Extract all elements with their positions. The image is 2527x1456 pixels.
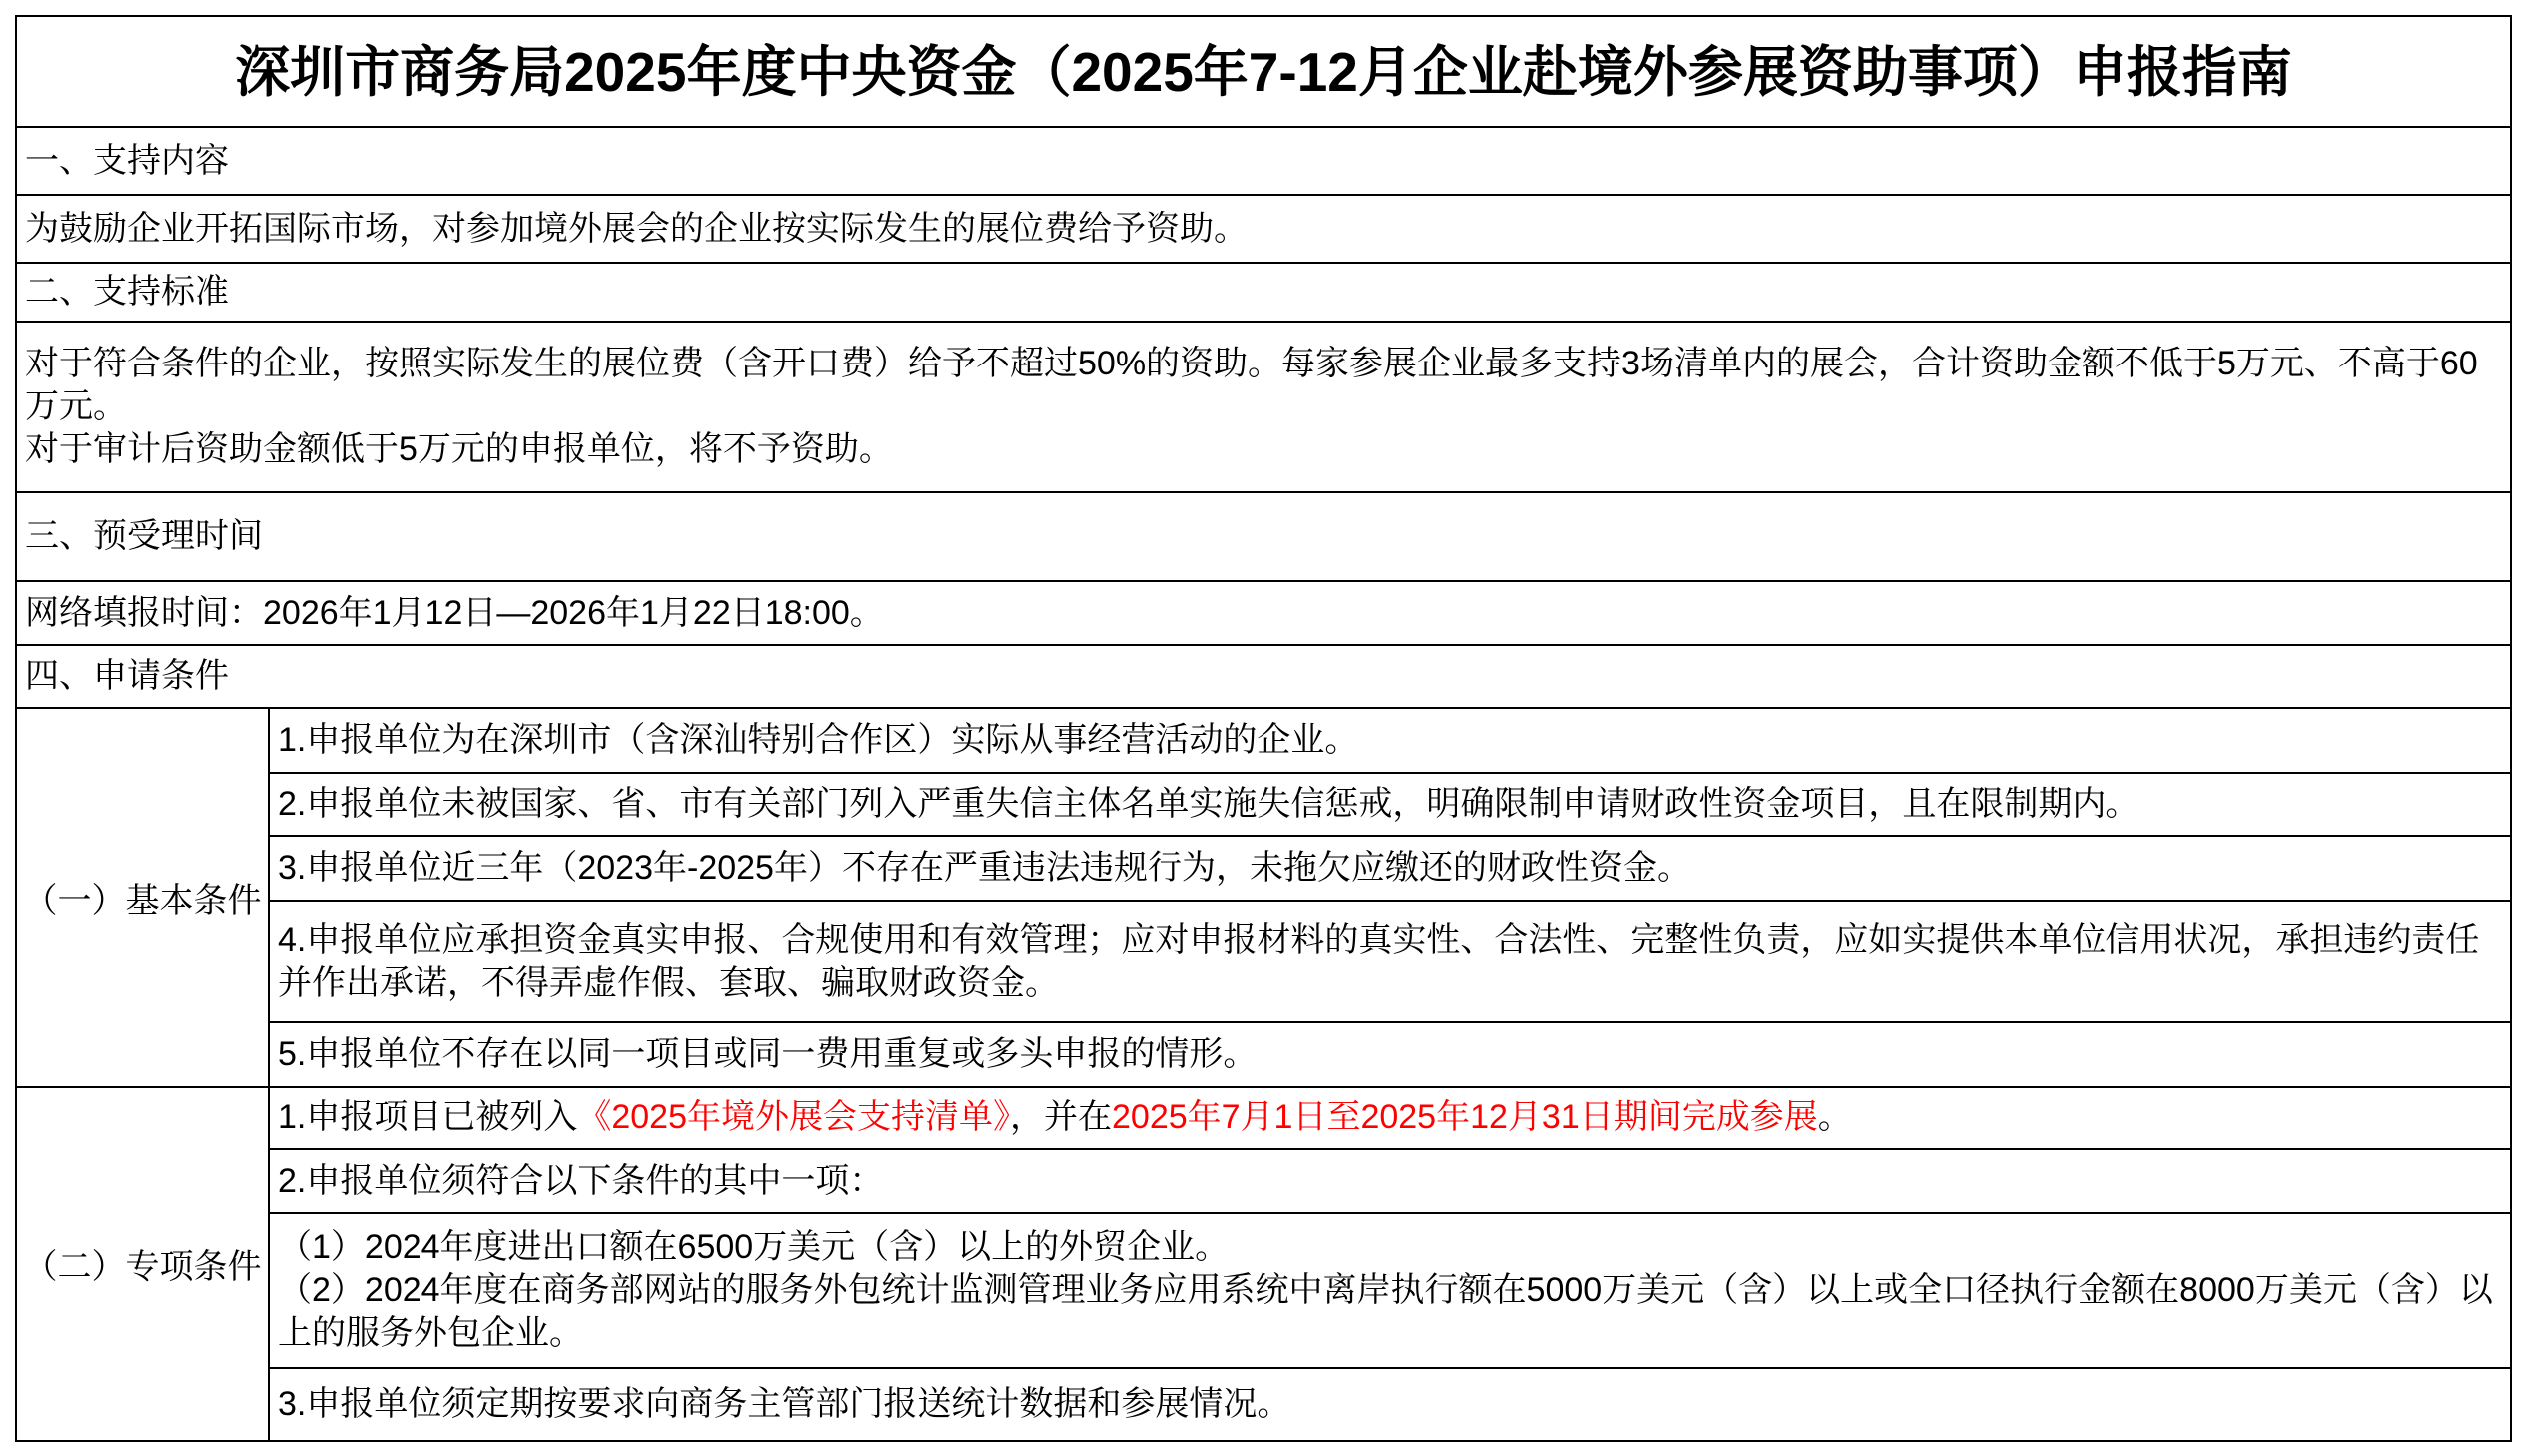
section-heading-pre-acceptance: 三、预受理时间 bbox=[17, 493, 2510, 582]
section-heading: 三、预受理时间 bbox=[25, 515, 263, 558]
highlighted-list-name: 《2025年境外展会支持清单》 bbox=[577, 1098, 1010, 1136]
support-content-text: 为鼓励企业开拓国际市场，对参加境外展会的企业按实际发生的展位费给予资助。 bbox=[25, 208, 1248, 251]
condition-text: 1.申报单位为在深圳市（含深汕特别合作区）实际从事经营活动的企业。 bbox=[278, 719, 1358, 762]
basic-condition-item: 5.申报单位不存在以同一项目或同一费用重复或多头申报的情形。 bbox=[270, 1023, 2510, 1086]
page-title-row: 深圳市商务局2025年度中央资金（2025年7-12月企业赴境外参展资助事项）申… bbox=[17, 17, 2510, 128]
condition-text: 3.申报单位须定期按要求向商务主管部门报送统计数据和参展情况。 bbox=[278, 1383, 1290, 1426]
section-heading: 四、申请条件 bbox=[25, 655, 229, 698]
support-standard-line: 对于符合条件的企业，按照实际发生的展位费（含开口费）给予不超过50%的资助。每家… bbox=[25, 343, 2502, 428]
condition-text: 5.申报单位不存在以同一项目或同一费用重复或多头申报的情形。 bbox=[278, 1033, 1257, 1076]
filing-time-text: 网络填报时间：2026年1月12日—2026年1月22日18:00。 bbox=[25, 592, 884, 635]
section-heading: 二、支持标准 bbox=[25, 271, 229, 314]
highlighted-date-range: 2025年7月1日至2025年12月31日期间完成参展 bbox=[1112, 1098, 1818, 1136]
basic-condition-item: 1.申报单位为在深圳市（含深汕特别合作区）实际从事经营活动的企业。 bbox=[270, 709, 2510, 774]
guide-table: 深圳市商务局2025年度中央资金（2025年7-12月企业赴境外参展资助事项）申… bbox=[15, 15, 2512, 1442]
basic-condition-item: 2.申报单位未被国家、省、市有关部门列入严重失信主体名单实施失信惩戒，明确限制申… bbox=[270, 774, 2510, 837]
support-content-row: 为鼓励企业开拓国际市场，对参加境外展会的企业按实际发生的展位费给予资助。 bbox=[17, 196, 2510, 264]
special-conditions-label: （二）专项条件 bbox=[17, 1088, 270, 1440]
support-standard-row: 对于符合条件的企业，按照实际发生的展位费（含开口费）给予不超过50%的资助。每家… bbox=[17, 323, 2510, 493]
condition-text-segment: 。 bbox=[1818, 1098, 1852, 1136]
special-conditions-group: （二）专项条件 1.申报项目已被列入《2025年境外展会支持清单》，并在2025… bbox=[17, 1088, 2510, 1440]
section-heading-support-standard: 二、支持标准 bbox=[17, 264, 2510, 323]
basic-condition-item: 4.申报单位应承担资金真实申报、合规使用和有效管理；应对申报材料的真实性、合法性… bbox=[270, 902, 2510, 1023]
condition-text: 2.申报单位须符合以下条件的其中一项： bbox=[278, 1160, 883, 1203]
section-heading: 一、支持内容 bbox=[25, 140, 229, 183]
section-heading-conditions: 四、申请条件 bbox=[17, 646, 2510, 709]
basic-condition-item: 3.申报单位近三年（2023年-2025年）不存在严重违法违规行为，未拖欠应缴还… bbox=[270, 837, 2510, 902]
pre-acceptance-row: 网络填报时间：2026年1月12日—2026年1月22日18:00。 bbox=[17, 582, 2510, 646]
condition-text: 1.申报项目已被列入《2025年境外展会支持清单》，并在2025年7月1日至20… bbox=[278, 1096, 1852, 1139]
condition-option: （2）2024年度在商务部网站的服务外包统计监测管理业务应用系统中离岸执行额在5… bbox=[278, 1269, 2502, 1355]
condition-text: 2.申报单位未被国家、省、市有关部门列入严重失信主体名单实施失信惩戒，明确限制申… bbox=[278, 783, 2139, 826]
basic-conditions-label: （一）基本条件 bbox=[17, 709, 270, 1086]
condition-text-segment: 1.申报项目已被列入 bbox=[278, 1098, 577, 1136]
special-condition-item: 3.申报单位须定期按要求向商务主管部门报送统计数据和参展情况。 bbox=[270, 1369, 2510, 1440]
condition-text-segment: ，并在 bbox=[1010, 1098, 1112, 1136]
section-heading-support-content: 一、支持内容 bbox=[17, 128, 2510, 196]
page-title: 深圳市商务局2025年度中央资金（2025年7-12月企业赴境外参展资助事项）申… bbox=[235, 40, 2292, 104]
support-standard-line: 对于审计后资助金额低于5万元的申报单位，将不予资助。 bbox=[25, 428, 893, 471]
condition-text: 3.申报单位近三年（2023年-2025年）不存在严重违法违规行为，未拖欠应缴还… bbox=[278, 847, 1691, 890]
basic-conditions-group: （一）基本条件 1.申报单位为在深圳市（含深汕特别合作区）实际从事经营活动的企业… bbox=[17, 709, 2510, 1088]
condition-text: 4.申报单位应承担资金真实申报、合规使用和有效管理；应对申报材料的真实性、合法性… bbox=[278, 919, 2502, 1005]
condition-option: （1）2024年度进出口额在6500万美元（含）以上的外贸企业。 bbox=[278, 1226, 1229, 1269]
special-condition-item: 1.申报项目已被列入《2025年境外展会支持清单》，并在2025年7月1日至20… bbox=[270, 1088, 2510, 1150]
special-condition-options: （1）2024年度进出口额在6500万美元（含）以上的外贸企业。 （2）2024… bbox=[270, 1214, 2510, 1369]
special-condition-item: 2.申报单位须符合以下条件的其中一项： bbox=[270, 1150, 2510, 1214]
